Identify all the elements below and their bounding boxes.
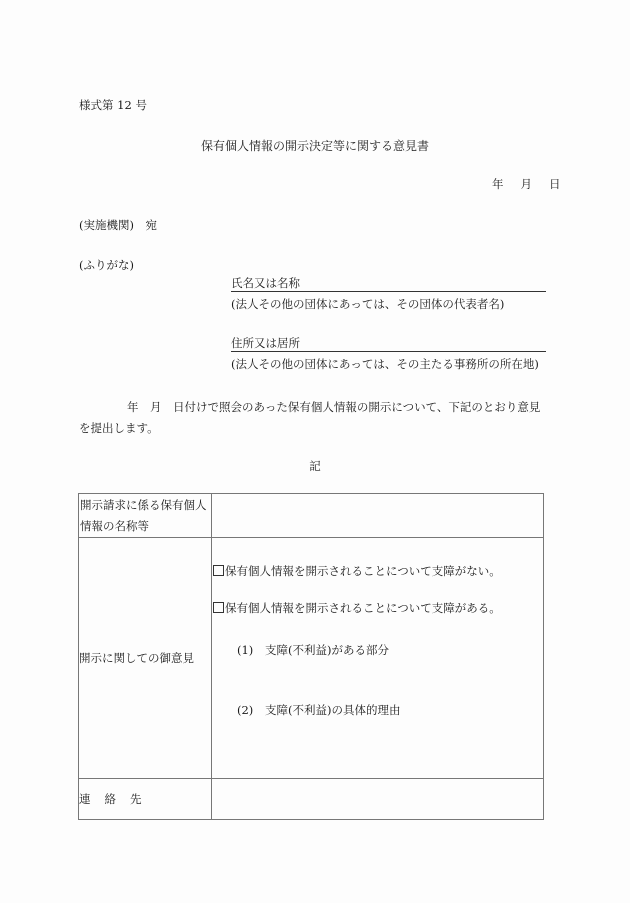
checkbox-icon[interactable] — [213, 565, 224, 576]
address-field[interactable]: 住所又は居所 — [231, 336, 546, 352]
record-name-label: 開示請求に係る保有個人情報の名称等 — [79, 494, 212, 538]
contact-label: 連絡先 — [79, 779, 212, 820]
table-row: 連絡先 — [79, 779, 544, 820]
form-number: 様式第 12 号 — [79, 97, 147, 113]
sub-item-objection-part[interactable]: (1)支障(不利益)がある部分 — [237, 642, 389, 658]
date-year-field[interactable]: 年 — [492, 176, 504, 192]
record-name-input[interactable] — [212, 494, 544, 538]
address-field-block: 住所又は居所 (法人その他の団体にあっては、その主たる事務所の所在地) — [231, 336, 546, 372]
document-title: 保有個人情報の開示決定等に関する意見書 — [0, 137, 630, 154]
sub-item-number: (2) — [237, 703, 265, 717]
addressee[interactable]: (実施機関) 宛 — [79, 217, 157, 233]
table-row: 開示請求に係る保有個人情報の名称等 — [79, 494, 544, 538]
opinion-cell: 保有個人情報を開示されることについて支障がない。 保有個人情報を開示されることに… — [212, 538, 544, 779]
address-field-note: (法人その他の団体にあっては、その主たる事務所の所在地) — [231, 356, 546, 372]
option-has-objection[interactable]: 保有個人情報を開示されることについて支障がある。 — [213, 600, 501, 616]
checkbox-icon[interactable] — [213, 602, 224, 613]
sub-item-text: 支障(不利益)の具体的理由 — [265, 703, 400, 717]
date-month-field[interactable]: 月 — [521, 176, 533, 192]
name-field-block: 氏名又は名称 (法人その他の団体にあっては、その団体の代表者名) — [231, 276, 546, 312]
contact-input[interactable] — [212, 779, 544, 820]
option-text: 保有個人情報を開示されることについて支障がある。 — [225, 601, 501, 615]
name-field[interactable]: 氏名又は名称 — [231, 276, 546, 292]
table-row: 開示に関しての御意見 保有個人情報を開示されることについて支障がない。 保有個人… — [79, 538, 544, 779]
body-paragraph: 年 月 日付けで照会のあった保有個人情報の開示について、下記のとおり意見を提出し… — [79, 397, 549, 439]
sub-item-text: 支障(不利益)がある部分 — [265, 643, 389, 657]
option-text: 保有個人情報を開示されることについて支障がない。 — [225, 564, 501, 578]
ki-heading: 記 — [0, 458, 630, 474]
opinion-label: 開示に関しての御意見 — [79, 538, 212, 779]
date-line: 年月日 — [492, 176, 561, 192]
sub-item-number: (1) — [237, 643, 265, 657]
sub-item-objection-reason[interactable]: (2)支障(不利益)の具体的理由 — [237, 702, 400, 718]
furigana-label: (ふりがな) — [79, 257, 134, 273]
opinion-form-table: 開示請求に係る保有個人情報の名称等 開示に関しての御意見 保有個人情報を開示され… — [78, 493, 544, 820]
name-field-note: (法人その他の団体にあっては、その団体の代表者名) — [231, 296, 546, 312]
date-day-field[interactable]: 日 — [549, 176, 561, 192]
option-no-objection[interactable]: 保有個人情報を開示されることについて支障がない。 — [213, 563, 501, 579]
